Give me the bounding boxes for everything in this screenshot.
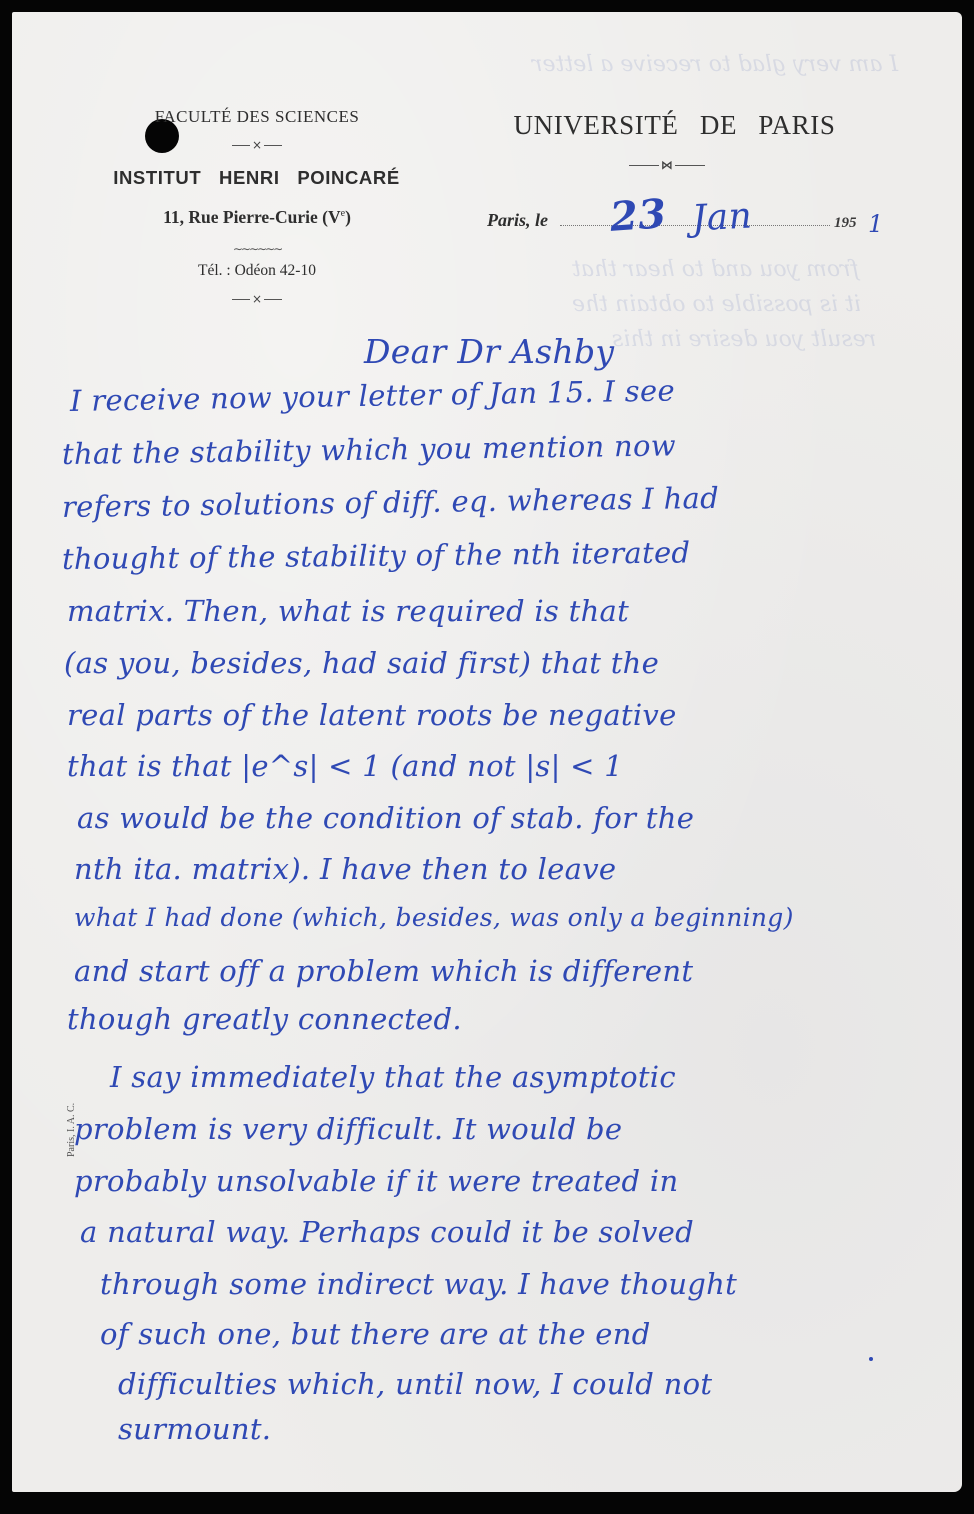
letter-line: probably unsolvable if it were treated i…: [74, 1164, 678, 1198]
letterhead-ornament: ×: [227, 292, 287, 306]
letterhead-wave-ornament: ∼∼∼∼∼∼: [217, 242, 297, 256]
printer-mark: Paris, I. A. C.: [66, 1103, 77, 1157]
salutation: Dear Dr Ashby: [364, 332, 614, 371]
letter-line: that the stability which you mention now: [62, 428, 676, 471]
letter-line: nth ita. matrix). I have then to leave: [74, 852, 616, 886]
letter-line: as would be the condition of stab. for t…: [77, 801, 694, 835]
letter-page: I am very glad to receive a letter from …: [12, 12, 962, 1492]
date-month-handwritten: Jan: [691, 195, 753, 239]
letterhead-ornament: ×: [227, 138, 287, 152]
letter-line: I receive now your letter of Jan 15. I s…: [70, 373, 675, 418]
bleed-through-text: I am very glad to receive a letter: [532, 52, 898, 77]
date-year-handwritten: 1: [868, 210, 884, 238]
ink-dot: [869, 1357, 873, 1361]
date-day-handwritten: 23: [608, 190, 667, 241]
letter-line: refers to solutions of diff. eq. whereas…: [62, 481, 719, 524]
letterhead-university: UNIVERSITÉ DE PARIS: [477, 110, 872, 141]
letter-line: real parts of the latent roots be negati…: [67, 698, 677, 732]
bleed-through-text: it is possible to obtain the: [572, 292, 861, 317]
date-year-printed: 195: [834, 215, 857, 232]
letter-line: surmount.: [118, 1412, 271, 1446]
letter-line: thought of the stability of the nth iter…: [62, 535, 691, 576]
bleed-through-text: from you and to hear that: [572, 257, 859, 282]
letterhead-institute: INSTITUT HENRI POINCARÉ: [84, 167, 429, 189]
letter-line: through some indirect way. I have though…: [100, 1267, 737, 1301]
letterhead-faculty: FACULTÉ DES SCIENCES: [107, 107, 407, 127]
letter-line: problem is very difficult. It would be: [74, 1112, 622, 1146]
letterhead-telephone: Tél. : Odéon 42-10: [152, 262, 362, 280]
letter-line: that is that |e^s| < 1 (and not |s| < 1: [67, 749, 623, 783]
letter-line: of such one, but there are at the end: [100, 1317, 651, 1351]
date-label: Paris, le: [487, 210, 548, 231]
letter-line: difficulties which, until now, I could n…: [118, 1367, 712, 1401]
bleed-through-text: result you desire in this: [612, 327, 876, 352]
letter-line: a natural way. Perhaps could it be solve…: [80, 1215, 694, 1249]
letter-line: what I had done (which, besides, was onl…: [74, 903, 794, 932]
letterhead-address: 11, Rue Pierre-Curie (Ve): [102, 207, 412, 228]
letter-line: matrix. Then, what is required is that: [67, 594, 629, 628]
letter-line: (as you, besides, had said first) that t…: [64, 646, 659, 680]
letterhead-ornament: ⋈: [612, 158, 722, 172]
letter-line: though greatly connected.: [67, 1002, 462, 1036]
letter-line: I say immediately that the asymptotic: [110, 1060, 676, 1094]
letter-line: and start off a problem which is differe…: [74, 954, 693, 988]
